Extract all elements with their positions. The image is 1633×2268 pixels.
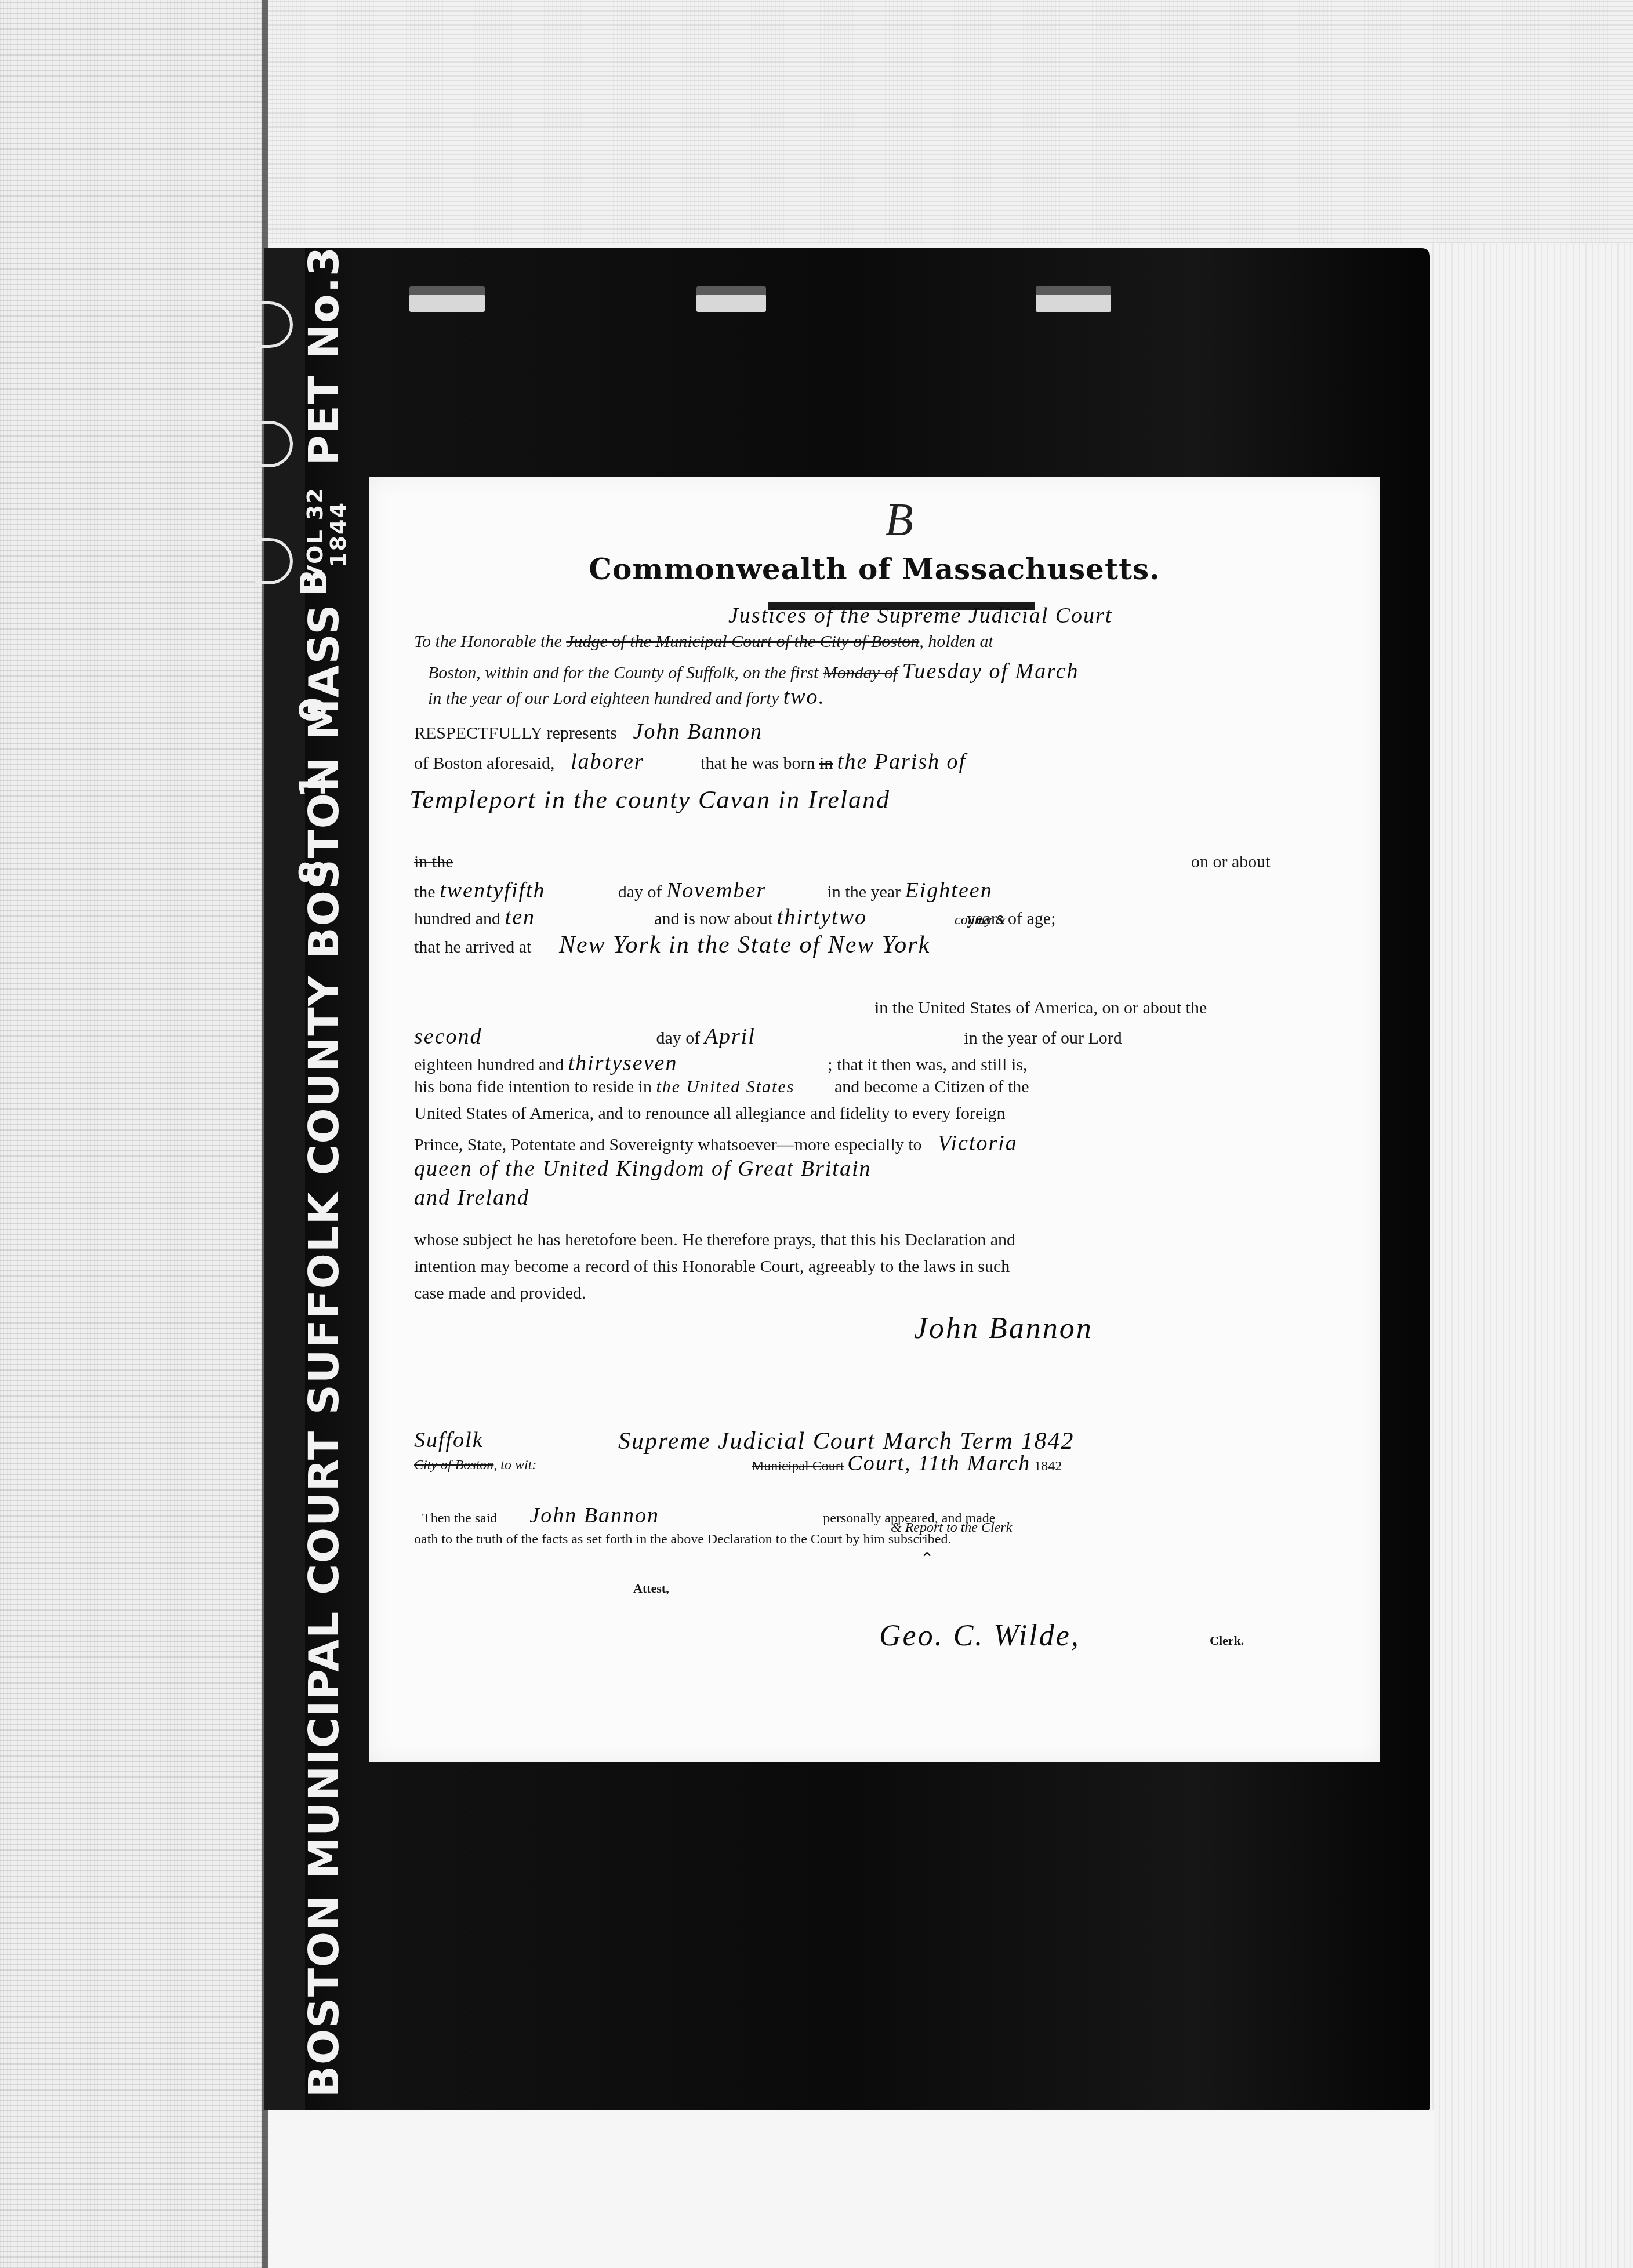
respectfully-line: RESPECTFULLY represents John Bannon [414,719,763,744]
right-background-texture [1432,243,1633,2268]
oath-county: Suffolk [414,1427,484,1453]
closing-line-1: whose subject he has heretofore been. He… [414,1230,1015,1250]
arrival-line: that he arrived at New York in the State… [414,931,930,959]
arrival-day: second [414,1024,652,1049]
petitioner-name: John Bannon [633,719,763,744]
birthplace-line-2: Templeport in the county Cavan in Irelan… [409,785,890,815]
to-wit-line: City of Boston, to wit: [414,1458,536,1473]
struck-in-the: in the [414,852,453,872]
microfilm-label-petition: PET No.3 [299,246,348,466]
left-background-texture [0,0,267,2268]
microfilm-label-volume: VOL 32 1844 [303,487,350,581]
microfilm-label: BOSTON MUNICIPAL COURT SUFFOLK COUNTY BO… [299,246,350,2098]
arrival-place: New York in the State of New York [559,932,930,958]
reside-line: his bona fide intention to reside in the… [414,1077,1029,1097]
year-hand: two. [783,685,825,709]
birthplace-line-1: the Parish of [837,750,966,774]
birth-year-2: ten [505,904,650,930]
on-or-about: on or about [1191,852,1271,872]
film-clip [1036,295,1111,312]
petitioner-signature: John Bannon [914,1311,1093,1346]
sprocket-hole-icon [255,538,293,584]
film-clip [696,295,766,312]
occupation: laborer [571,750,644,774]
deponent-name: John Bannon [529,1503,819,1528]
attest-label: Attest, [633,1581,669,1596]
arrival-month: April [705,1024,960,1049]
arrival-date-line: second day of April in the year of our L… [414,1024,1122,1049]
occupation-line: of Boston aforesaid, laborer that he was… [414,749,966,775]
sovereign-line-1: Victoria [938,1131,1018,1155]
insertion-caret-icon: ⌃ [920,1549,934,1569]
address-line-3: in the year of our Lord eighteen hundred… [428,684,825,710]
microfilm-label-main: BOSTON MUNICIPAL COURT SUFFOLK COUNTY BO… [299,604,348,2098]
naturalization-declaration: B Commonwealth of Massachusetts. Justice… [369,477,1380,1762]
renounce-line: United States of America, and to renounc… [414,1104,1006,1124]
sovereign-line-2: queen of the United Kingdom of Great Bri… [414,1156,871,1182]
oath-text: oath to the truth of the facts as set fo… [414,1532,951,1547]
address-line-2: Boston, within and for the County of Suf… [428,659,1079,684]
corner-mark: B [885,494,913,547]
inserted-court: Justices of the Supreme Judicial Court [728,603,1112,628]
arrival-year-line: eighteen hundred and thirtyseven ; that … [414,1051,1027,1076]
bottom-background [268,2110,1434,2268]
age: thirtytwo [777,904,963,930]
birth-date-line: the twentyfifth day of November in the y… [414,878,993,903]
usa-line: in the United States of America, on or a… [874,998,1207,1018]
arrival-insert: county & [955,913,1006,928]
sprocket-hole-icon [255,421,293,467]
birth-day: twentyfifth [440,878,614,903]
reside-place: the United States [656,1077,830,1097]
birth-year-1: Eighteen [905,878,993,903]
document-heading: Commonwealth of Massachusetts. [369,552,1380,586]
top-background-texture [268,0,1633,243]
arrival-year: thirtyseven [568,1051,823,1076]
inserted-day: Tuesday of March [902,659,1079,684]
closing-line-3: case made and provided. [414,1284,586,1303]
struck-court: Judge of the Municipal Court of the City… [566,632,919,651]
oath-year: 1842 [1034,1459,1062,1474]
address-line-1: To the Honorable the Judge of the Munici… [414,632,993,652]
sovereign-line-3: and Ireland [414,1185,529,1211]
birth-month: November [666,878,823,903]
clerk-label: Clerk. [1210,1633,1244,1648]
closing-line-2: intention may become a record of this Ho… [414,1257,1010,1277]
oath-date-line: Municipal Court Court, 11th March 1842 [752,1451,1062,1476]
clerk-signature: Geo. C. Wilde, [879,1619,1080,1653]
film-clip [409,295,485,312]
prince-line: Prince, State, Potentate and Sovereignty… [414,1131,1018,1156]
oath-date: Court, 11th March [847,1451,1030,1475]
sprocket-hole-icon [255,301,293,348]
